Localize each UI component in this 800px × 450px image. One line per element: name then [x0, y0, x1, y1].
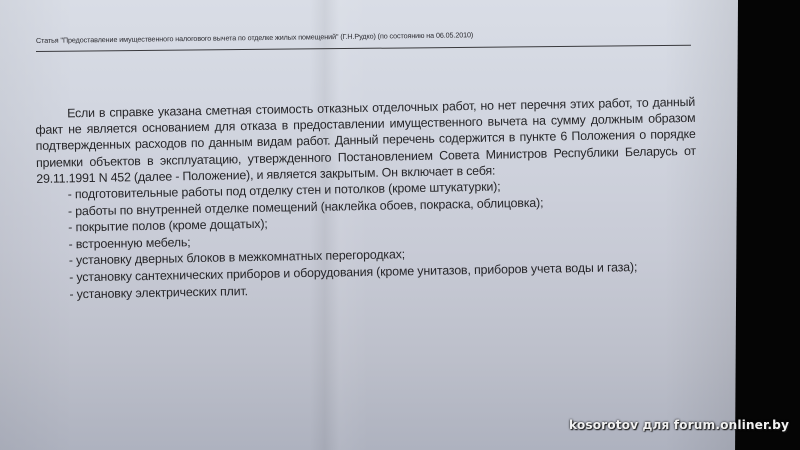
main-paragraph: Если в справке указана сметная стоимость…	[35, 94, 696, 187]
running-head: Статья "Предоставление имущественного на…	[36, 27, 696, 45]
works-list: - подготовительные работы под отделку ст…	[36, 175, 698, 303]
watermark: kosorotov для forum.onliner.by	[569, 418, 789, 432]
paper-sheet: Статья "Предоставление имущественного на…	[0, 0, 738, 450]
document-body: Если в справке указана сметная стоимость…	[35, 94, 699, 303]
header-divider	[36, 45, 691, 52]
